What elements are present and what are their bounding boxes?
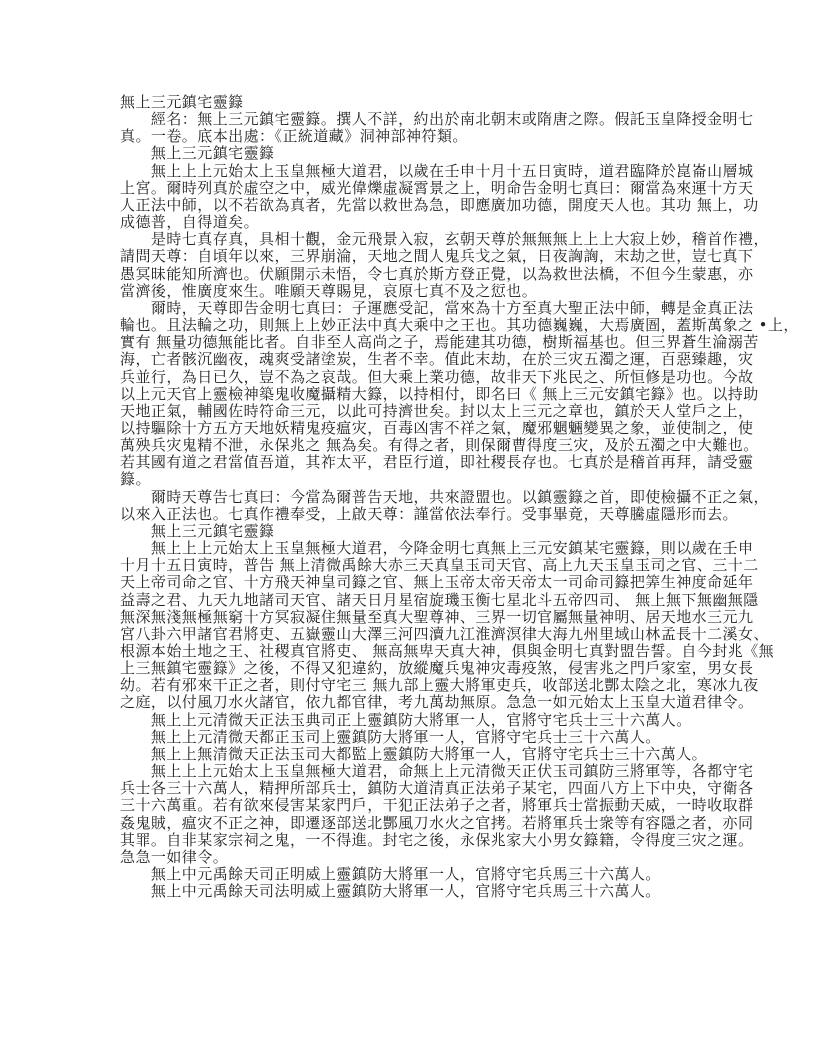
- text-line: 無上上上元始太上玉皇無極大道君，以歲在壬申十月十五日寅時，道君臨降於崑崙山層城: [120, 163, 698, 180]
- text-line: 上宮。爾時列真於虛空之中，威光偉爍虛凝霄景之上，明命告金明七真曰：爾當為來運十方…: [120, 180, 698, 197]
- text-line: 輪也。且法輪之功，則無上上妙正法中真大乘中之王也。其功德巍巍，大焉廣圄，蓋斯萬象…: [120, 317, 698, 334]
- text-line: 無深無淺無極無窮十方冥寂凝住無量至真大聖尊神、三界一切官屬無量神明、居天地水三元…: [120, 609, 698, 626]
- document-title: 無上三元鎮宅靈籙: [120, 94, 698, 111]
- section-heading: 無上三元鎮宅靈籙: [120, 523, 698, 540]
- section-heading: 無上三元鎮宅靈籙: [120, 145, 698, 162]
- text-line: 兵士各三十六萬人，精押所部兵士，鎮防大道清真正法弟子某宅，四面八方上下中央，守衛…: [120, 780, 698, 797]
- text-line: 籙。: [120, 471, 698, 488]
- text-line: 無上上上元始太上玉皇無極大道君，命無上上元清微天正伏玉司鎮防三將軍等，各都守宅: [120, 763, 698, 780]
- text-line: 無上上上元始太上玉皇無極大道君，今降金明七真無上三元安鎮某宅靈籙，則以歲在壬申: [120, 540, 698, 557]
- general-entry: 無上上無清微天正法玉司大都監上靈鎮防大將軍一人，官將守宅兵士三十六萬人。: [120, 746, 698, 763]
- text-line: 之庭，以付風刀水火諸官，依九都官律，考九萬劫無原。急急一如元始太上玉皇大道君律令…: [120, 694, 698, 711]
- text-line: 上三無鎮宅靈籙》之後，不得又犯違約，放縱魔兵鬼神灾毒疫煞，侵害兆之門戶家室，男女…: [120, 660, 698, 677]
- text-line: 益壽之君、九天九地諸司天官、諸天日月星宿旋璣玉衡七星北斗五帝四司、 無上無下無幽…: [120, 592, 698, 609]
- text-line: 姦鬼賊，瘟灾不正之神，即遷逐部送北酆風刀水火之官拷。若將軍兵士衆等有容隱之者，亦…: [120, 815, 698, 832]
- general-entry: 無上上元清微天都正玉司上靈鎮防大將軍一人，官將守宅兵士三十六萬人。: [120, 729, 698, 746]
- text-line: 經名：無上三元鎮宅靈籙。撰人不詳，約出於南北朝末或隋唐之際。假託玉皇降授金明七: [120, 111, 698, 128]
- document-page: 無上三元鎮宅靈籙 經名：無上三元鎮宅靈籙。撰人不詳，約出於南北朝末或隋唐之際。假…: [120, 94, 698, 900]
- text-line: 人正法中師，以不若欲為真者，先當以救世為急，即應廣加功德，開度天人也。其功 無上…: [120, 197, 698, 214]
- text-line: 根源本始土地之王、社稷真官將吏、 無高無卑天真大神，俱與金明七真對盟告誓。自今封…: [120, 643, 698, 660]
- text-line: 當濟後，惟廣度來生。唯願天尊賜見，哀原七真不及之愆也。: [120, 283, 698, 300]
- text-line: 請問天尊：自頃年以來，三界崩淪，天地之間人鬼兵戈之氣，日夜詾詾，末劫之世，豈七真…: [120, 248, 698, 265]
- general-entry: 無上中元禹餘天司正明威上靈鎮防大將軍一人，官將守宅兵馬三十六萬人。: [120, 866, 698, 883]
- text-line: 宮八卦六甲諸官君將吏、五嶽靈山大澤三河四瀆九江淮濟溟律大海九州里域山林孟長十二溪…: [120, 626, 698, 643]
- text-line: 愚冥昧能知所濟也。伏願開示未悟，令七真於斯方登正覺，以為救世法橋，不但今生蒙惠，…: [120, 266, 698, 283]
- text-line: 幼。若有邪來干正之者，則付守宅三 無九部上靈大將軍吏兵，收部送北酆太陰之北，寒冰…: [120, 677, 698, 694]
- general-entry: 無上上元清微天正法玉典司正上靈鎮防大將軍一人，官將守宅兵士三十六萬人。: [120, 712, 698, 729]
- text-line: 若其國有道之君當值吾道，其祚太平，君臣行道，即社稷長存也。七真於是稽首再拜，請受…: [120, 454, 698, 471]
- text-line: 是時七真存真，具相十觀，金元飛景入寂，玄朝天尊於無無無上上上大寂上妙，稽首作禮，: [120, 231, 698, 248]
- text-line: 真。一卷。底本出處：《正統道藏》洞神部神符類。: [120, 128, 698, 145]
- text-line: 天上帝司命之官、十方飛天神皇司籙之官、無上玉帝太帝天帝太一司命司籙把筭生神度命延…: [120, 574, 698, 591]
- text-line: 其罪。自非某家宗祠之鬼，一不得進。封宅之後，永保兆家大小男女籙籍，令得度三灾之運…: [120, 832, 698, 849]
- text-line: 天地正氣，輔國佐時符命三元，以此可持濟世矣。封以太上三元之章也，鎮於天人堂戶之上…: [120, 403, 698, 420]
- general-entry: 無上中元禹餘天司法明威上靈鎮防大將軍一人，官將守宅兵馬三十六萬人。: [120, 883, 698, 900]
- text-line: 成德普，自得道矣。: [120, 214, 698, 231]
- text-line: 以上元天官上靈檢神築鬼收魔攝精大籙，以持相付，即名曰《 無上三元安鎮宅籙》也。以…: [120, 386, 698, 403]
- text-line: 三十六萬重。若有欲來侵害某家門戶，干犯正法弟子之者，將軍兵士當振動天威，一時收取…: [120, 797, 698, 814]
- text-line: 實有 無量功德無能比者。自非至人高尚之子，焉能建其功德，樹斯福基也。但三界蒼生淪…: [120, 334, 698, 351]
- text-line: 急急一如律令。: [120, 849, 698, 866]
- text-line: 爾時天尊告七真曰：今當為爾普告天地，共來證盟也。以鎮靈籙之首，即使檢攝不正之氣，: [120, 489, 698, 506]
- text-line: 以來入正法也。七真作禮奉受，上啟天尊：謹當依法奉行。受事畢竟，天尊騰虛隱形而去。: [120, 506, 698, 523]
- text-line: 兵並行，為日已久，豈不為之哀哉。但大乘上業功德，故非天下兆民之、所恒修是功也。今…: [120, 369, 698, 386]
- text-line: 爾時，天尊即告金明七真曰：子運應受記，當來為十方至真大聖正法中師，轉是金真正法: [120, 300, 698, 317]
- text-line: 以持驅除十方五方天地妖精鬼疫瘟灾，百毒凶害不祥之氣，魔邪魍魎變異之象，並使制之，…: [120, 420, 698, 437]
- text-line: 萬殃兵灾鬼精不泄，永保兆之 無為矣。有得之者，則保爾曹得度三灾，及於五濁之中大難…: [120, 437, 698, 454]
- text-line: 十月十五日寅時，普告 無上清微禹餘大赤三天真皇玉司天官、高上九天玉皇玉司之官、三…: [120, 557, 698, 574]
- text-line: 海，亡者骸沉幽夜，魂爽受諸塗炭，生者不幸。值此末劫，在於三灾五濁之運，百惡臻趣，…: [120, 351, 698, 368]
